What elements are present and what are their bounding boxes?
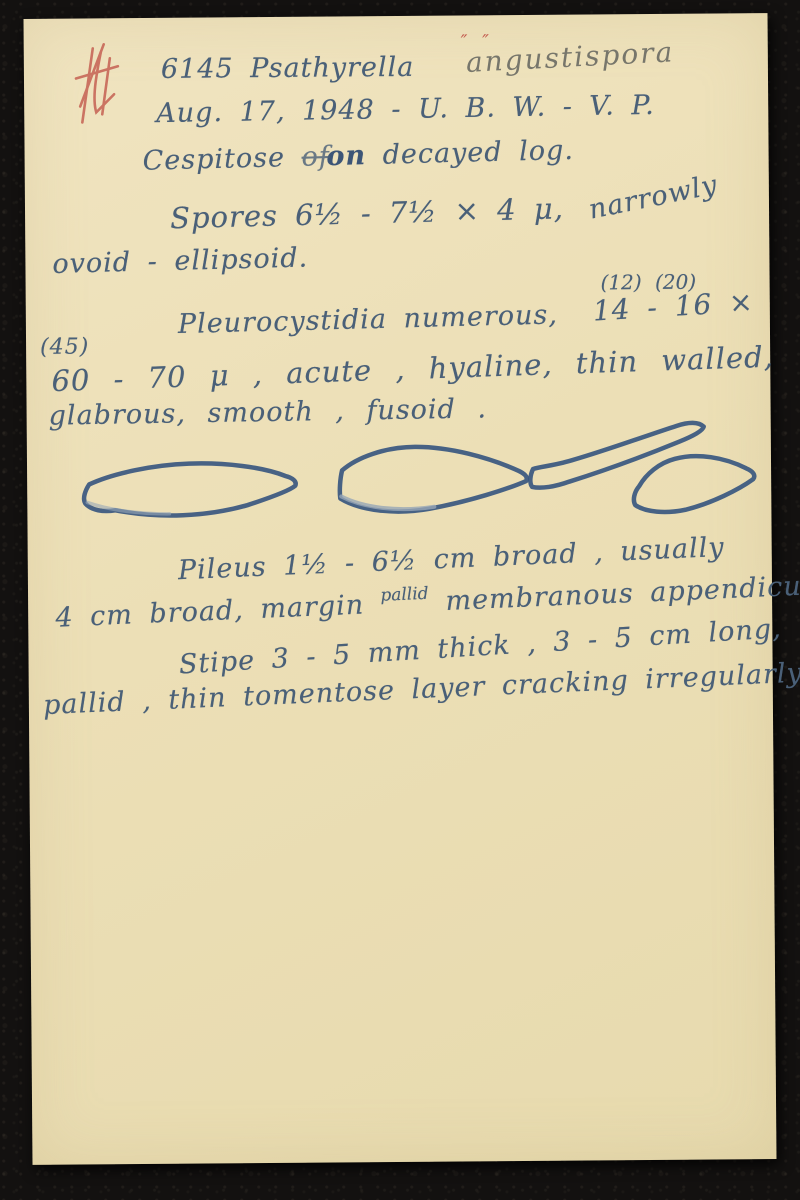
pileus-margin-start: 4 cm broad, margin xyxy=(55,590,365,634)
cystidium-outline-3 xyxy=(530,423,704,488)
cystidia-alt-length: (45) xyxy=(40,334,89,359)
species-epithet-pencil: angustispora xyxy=(465,35,675,79)
spore-shape-line: ovoid - ellipsoid. xyxy=(52,242,308,279)
collection-number-and-genus: 6145 Psathyrella xyxy=(161,52,415,85)
habitat-struck-word: of xyxy=(301,141,330,173)
red-pencil-mark xyxy=(66,36,137,132)
habitat-suffix: decayed log. xyxy=(382,135,574,171)
specimen-note-card: 6145 Psathyrella angustispora ″ ″ Aug. 1… xyxy=(24,13,777,1165)
cystidium-outline-2 xyxy=(339,446,527,512)
pileus-margin-end: membranous appendiculate xyxy=(445,568,800,617)
stipe-surface-line: pallid , thin tomentose layer cracking i… xyxy=(42,658,800,721)
cystidia-length-line: 60 - 70 μ , acute , hyaline, thin walled… xyxy=(51,340,774,399)
habitat-line: Cespitose of on decayed log. xyxy=(142,135,574,177)
cystidia-line: Pleurocystidia numerous, xyxy=(178,299,559,340)
spore-dimensions-line: Spores 6½ - 7½ × 4 μ, xyxy=(170,191,565,235)
cystidium-outline-4 xyxy=(634,456,755,513)
date-collector-line: Aug. 17, 1948 - U. B. W. - V. P. xyxy=(156,90,655,129)
pileus-margin-inserted-word: pallid xyxy=(380,584,429,606)
habitat-corrected-word: on xyxy=(326,140,366,172)
red-annotation-ticks: ″ ″ xyxy=(461,31,490,52)
habitat-prefix: Cespitose xyxy=(142,142,285,177)
spore-dimensions-line-end: narrowly xyxy=(586,169,720,225)
cystidia-sketch xyxy=(49,417,770,538)
